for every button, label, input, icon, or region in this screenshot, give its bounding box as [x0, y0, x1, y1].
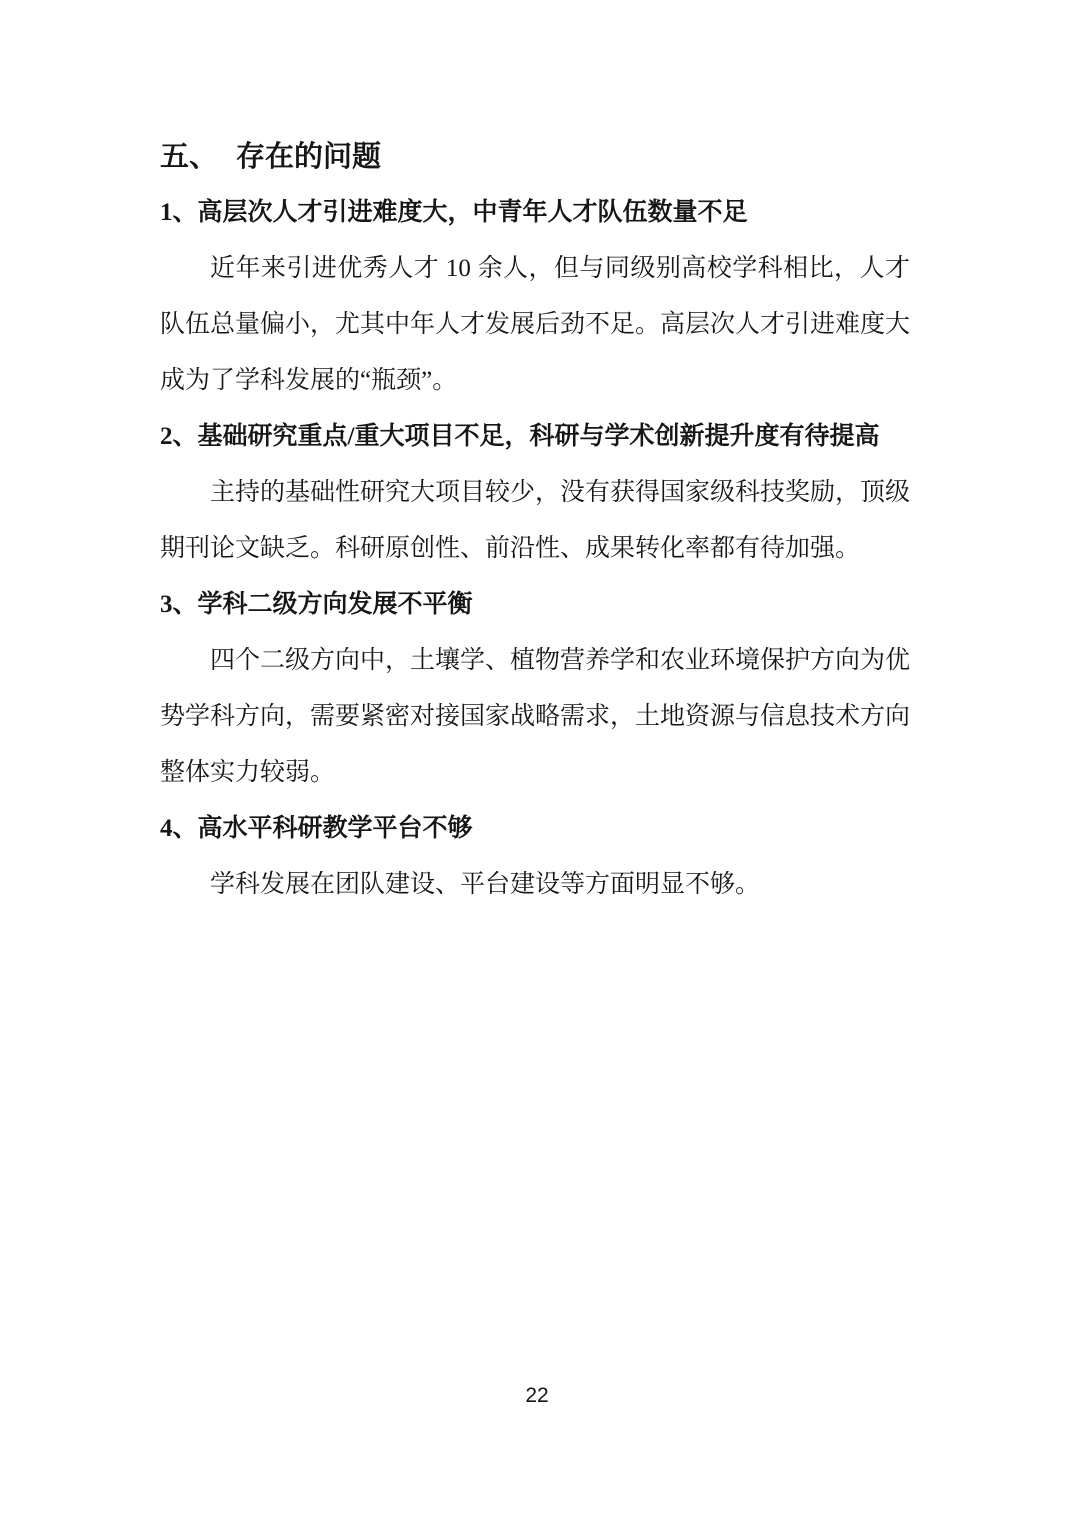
subsection-heading: 4、高水平科研教学平台不够	[160, 801, 910, 857]
document-content: 五、存在的问题 1、高层次人才引进难度大，中青年人才队伍数量不足 近年来引进优秀…	[160, 129, 910, 913]
section-2: 2、基础研究重点/重大项目不足，科研与学术创新提升度有待提高 主持的基础性研究大…	[160, 409, 910, 577]
section-4: 4、高水平科研教学平台不够 学科发展在团队建设、平台建设等方面明显不够。	[160, 801, 910, 913]
chapter-heading-numeral: 五、	[160, 141, 218, 173]
subsection-heading: 2、基础研究重点/重大项目不足，科研与学术创新提升度有待提高	[160, 409, 910, 465]
paragraph: 四个二级方向中，土壤学、植物营养学和农业环境保护方向为优势学科方向，需要紧密对接…	[160, 633, 910, 801]
paragraph: 近年来引进优秀人才 10 余人，但与同级别高校学科相比，人才队伍总量偏小，尤其中…	[160, 241, 910, 409]
section-1: 1、高层次人才引进难度大，中青年人才队伍数量不足 近年来引进优秀人才 10 余人…	[160, 185, 910, 409]
document-page: 五、存在的问题 1、高层次人才引进难度大，中青年人才队伍数量不足 近年来引进优秀…	[0, 0, 1074, 1520]
chapter-heading: 五、存在的问题	[160, 129, 910, 185]
page-number: 22	[0, 1384, 1074, 1408]
paragraph: 主持的基础性研究大项目较少，没有获得国家级科技奖励，顶级期刊论文缺乏。科研原创性…	[160, 465, 910, 577]
chapter-heading-title: 存在的问题	[236, 141, 381, 173]
subsection-heading: 1、高层次人才引进难度大，中青年人才队伍数量不足	[160, 185, 910, 241]
section-3: 3、学科二级方向发展不平衡 四个二级方向中，土壤学、植物营养学和农业环境保护方向…	[160, 577, 910, 801]
paragraph: 学科发展在团队建设、平台建设等方面明显不够。	[160, 857, 910, 913]
subsection-heading: 3、学科二级方向发展不平衡	[160, 577, 910, 633]
